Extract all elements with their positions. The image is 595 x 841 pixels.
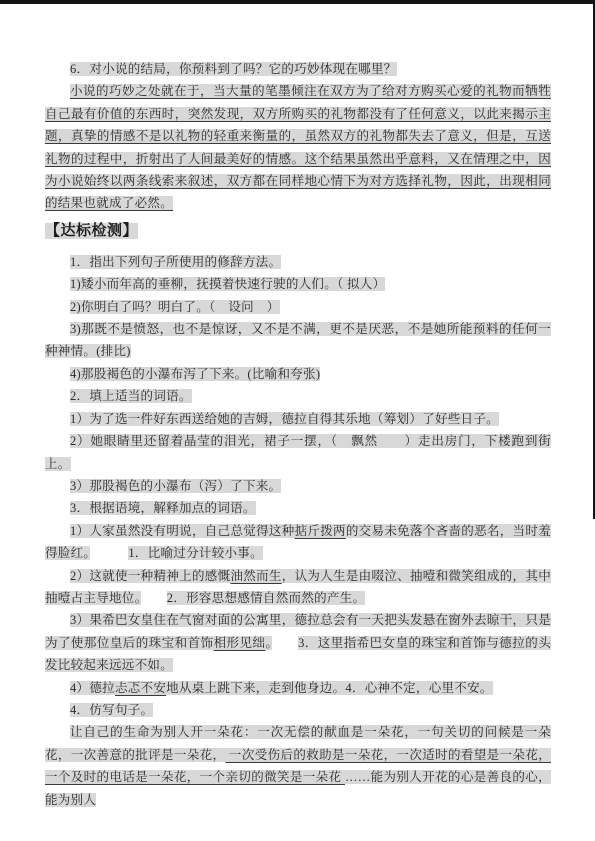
- text-run: 6．对小说的结局，你预料到了吗？它的巧妙体现在哪里？: [70, 62, 397, 76]
- text-run: [90, 546, 128, 560]
- text-run: [141, 591, 167, 605]
- paragraph: 4．仿写句子。: [45, 699, 551, 721]
- underlined-text-run: 相形见绌: [214, 636, 266, 650]
- paragraph: 1）为了选一件好东西送给她的吉姆，德拉自得其乐地（筹划）了好些日子。: [45, 408, 551, 430]
- text-run: 1．比喻过分计较小事。: [128, 546, 263, 560]
- text-run: [272, 636, 298, 650]
- text-run: 1．指出下列句子所使用的修辞方法。: [70, 255, 281, 269]
- text-run: 3）那股褐色的小瀑布（泻）了下来。: [70, 479, 281, 493]
- underlined-text-run: 掂斤拨两: [295, 524, 346, 538]
- text-run: 4）德拉: [70, 681, 115, 695]
- paragraph: 2)你明白了吗？明白了。（ 设问 ）: [45, 296, 551, 318]
- scan-border-top: [0, 0, 595, 4]
- text-run: 4)那股褐色的小瀑布泻了下来。(比喻和夸张): [70, 367, 320, 381]
- text-run: 1)矮小而年高的垂柳，抚摸着快速行驶的人们。（ 拟人）: [70, 277, 385, 291]
- text-run: 1）人家虽然没有明说，自己总觉得这种: [70, 524, 295, 538]
- text-run: 3．根据语境，解释加点的词语。: [70, 501, 256, 515]
- document-body: 6．对小说的结局，你预料到了吗？它的巧妙体现在哪里？小说的巧妙之处就在于，当大量…: [45, 58, 551, 811]
- paragraph: 6．对小说的结局，你预料到了吗？它的巧妙体现在哪里？: [45, 58, 551, 80]
- paragraph: 1)矮小而年高的垂柳，抚摸着快速行驶的人们。（ 拟人）: [45, 273, 551, 295]
- paragraph: 3）那股褐色的小瀑布（泻）了下来。: [45, 475, 551, 497]
- paragraph: 4）德拉忐忑不安地从桌上跳下来，走到他身边。4．心神不定，心里不安。: [45, 677, 551, 699]
- paragraph: 1．指出下列句子所使用的修辞方法。: [45, 251, 551, 273]
- paragraph: 2）她眼睛里还留着晶莹的泪光，裙子一摆，（ 飘然 ）走出房门，下楼跑到街上。: [45, 430, 551, 475]
- paragraph: 3)那既不是愤怒，也不是惊讶，又不是不满，更不是厌恶，不是她所能预料的任何一种神…: [45, 318, 551, 363]
- paragraph: 1）人家虽然没有明说，自己总觉得这种掂斤拨两的交易未免落个吝啬的恶名，当时羞得脸…: [45, 520, 551, 565]
- paragraph: 2）这就使一种精神上的感慨油然而生，认为人生是由啜泣、抽噎和微笑组成的，其中抽噎…: [45, 565, 551, 610]
- paragraph: 2．填上适当的词语。: [45, 385, 551, 407]
- section-heading: 【达标检测】: [45, 217, 551, 246]
- paragraph: 3）果希巴女皇住在气窗对面的公寓里，德拉总会有一天把头发悬在窗外去晾干，只是为了…: [45, 609, 551, 676]
- text-run: 2．填上适当的词语。: [70, 389, 192, 403]
- text-run: 2）她眼睛里还留着晶莹的泪光，裙子一摆，（ 飘然 ）走出房门，下楼跑到街上。: [45, 434, 551, 470]
- underlined-text-run: 忐忑不安: [115, 681, 166, 695]
- text-run: 3)那既不是愤怒，也不是惊讶，又不是不满，更不是厌恶，不是她所能预料的任何一种神…: [45, 322, 551, 358]
- paragraph: 让自己的生命为别人开一朵花：一次无偿的献血是一朵花，一句关切的问候是一朵花，一次…: [45, 721, 551, 811]
- paragraph: 3．根据语境，解释加点的词语。: [45, 497, 551, 519]
- paragraph: 小说的巧妙之处就在于，当大量的笔墨倾注在双方为了给对方购买心爱的礼物而牺牲自己最…: [45, 80, 551, 214]
- text-run: 2）这就使一种精神上的感慨: [70, 569, 230, 583]
- underlined-text-run: 油然而生: [230, 569, 281, 583]
- text-run: 4．仿写句子。: [70, 703, 153, 717]
- paragraph: 4)那股褐色的小瀑布泻了下来。(比喻和夸张): [45, 363, 551, 385]
- text-run: 2．形容思想感情自然而然的产生。: [167, 591, 366, 605]
- text-run: 1）为了选一件好东西送给她的吉姆，德拉自得其乐地（筹划）了好些日子。: [70, 412, 499, 426]
- underlined-text-run: 小说的巧妙之处就在于，当大量的笔墨倾注在双方为了给对方购买心爱的礼物而牺牲自己最…: [45, 84, 551, 210]
- text-run: 【达标检测】: [45, 223, 138, 239]
- text-run: 2)你明白了吗？明白了。（ 设问 ）: [70, 300, 280, 314]
- document-page: 6．对小说的结局，你预料到了吗？它的巧妙体现在哪里？小说的巧妙之处就在于，当大量…: [0, 0, 595, 841]
- text-run: 地从桌上跳下来，走到他身边。4．心神不定，心里不安。: [166, 681, 493, 695]
